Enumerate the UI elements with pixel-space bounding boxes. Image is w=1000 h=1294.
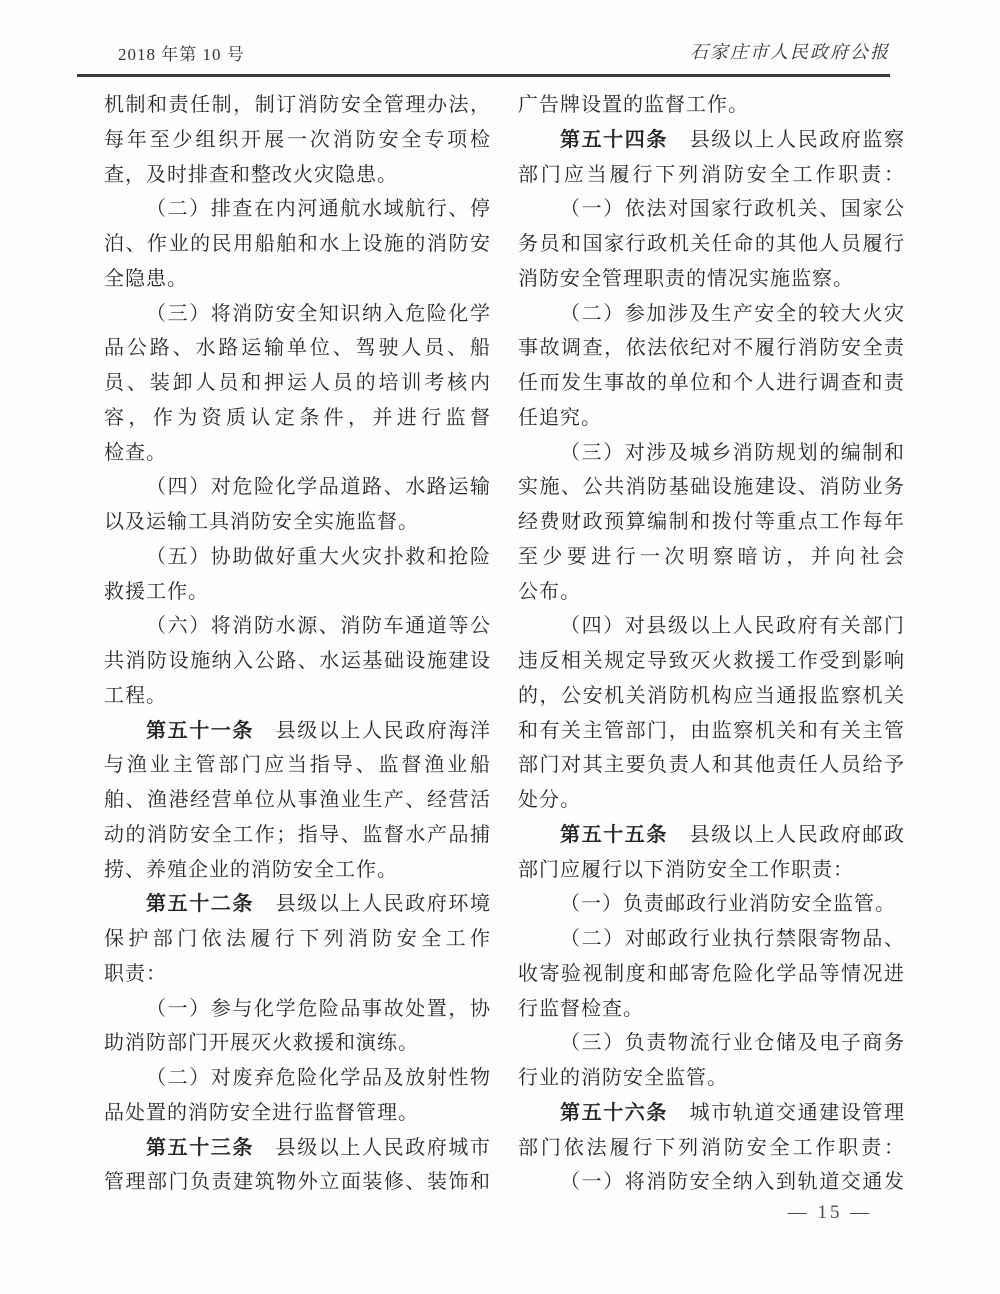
text-line: 每年至少组织开展一次消防安全专项检 bbox=[104, 123, 491, 158]
article-heading-line: 第五十六条 城市轨道交通建设管理 bbox=[518, 1096, 905, 1131]
header-rule bbox=[77, 74, 890, 77]
text-line: （二）对邮政行业执行禁限寄物品、 bbox=[518, 922, 905, 957]
text-line: 检查。 bbox=[104, 436, 491, 471]
text-column-right: 广告牌设置的监督工作。第五十四条 县级以上人民政府监察部门应当履行下列消防安全工… bbox=[518, 88, 905, 1200]
text-line: （一）负责邮政行业消防安全监管。 bbox=[518, 887, 905, 922]
text-line: （一）将消防安全纳入到轨道交通发 bbox=[518, 1165, 905, 1200]
text-line: 违反相关规定导致灭火救援工作受到影响 bbox=[518, 644, 905, 679]
text-line: 部门应履行以下消防安全工作职责： bbox=[518, 853, 905, 888]
text-line: （二）排查在内河通航水域航行、停 bbox=[104, 192, 491, 227]
text-line: （三）负责物流行业仓储及电子商务 bbox=[518, 1026, 905, 1061]
text-line: 品公路、水路运输单位、驾驶人员、船 bbox=[104, 331, 491, 366]
text-line: 机制和责任制，制订消防安全管理办法， bbox=[104, 88, 491, 123]
text-line: 品处置的消防安全进行监督管理。 bbox=[104, 1096, 491, 1131]
text-line: 任而发生事故的单位和个人进行调查和责 bbox=[518, 366, 905, 401]
text-line: （三）将消防安全知识纳入危险化学 bbox=[104, 297, 491, 332]
text-line: 查，及时排查和整改火灾隐患。 bbox=[104, 158, 491, 193]
text-line: 务员和国家行政机关任命的其他人员履行 bbox=[518, 227, 905, 262]
text-line: 全隐患。 bbox=[104, 262, 491, 297]
text-line: 行监督检查。 bbox=[518, 992, 905, 1027]
text-line: 处分。 bbox=[518, 783, 905, 818]
article-heading-line: 第五十三条 县级以上人民政府城市 bbox=[104, 1131, 491, 1166]
text-line: 助消防部门开展灭火救援和演练。 bbox=[104, 1026, 491, 1061]
text-line: 保护部门依法履行下列消防安全工作 bbox=[104, 922, 491, 957]
text-line: （四）对县级以上人民政府有关部门 bbox=[518, 609, 905, 644]
text-line: 经费财政预算编制和拨付等重点工作每年 bbox=[518, 505, 905, 540]
text-line: （一）依法对国家行政机关、国家公 bbox=[518, 192, 905, 227]
article-number: 第五十一条 bbox=[146, 720, 254, 742]
text-line: 舶、渔港经营单位从事渔业生产、经营活 bbox=[104, 783, 491, 818]
gazette-page: 2018 年第 10 号 石家庄市人民政府公报 机制和责任制，制订消防安全管理办… bbox=[0, 0, 1000, 1294]
text-line: 捞、养殖企业的消防安全工作。 bbox=[104, 853, 491, 888]
text-line: 管理部门负责建筑物外立面装修、装饰和 bbox=[104, 1165, 491, 1200]
text-line: 事故调查，依法依纪对不履行消防安全责 bbox=[518, 331, 905, 366]
text-line: 职责： bbox=[104, 957, 491, 992]
text-line: 容，作为资质认定条件，并进行监督 bbox=[104, 401, 491, 436]
text-line: 的，公安机关消防机构应当通报监察机关 bbox=[518, 679, 905, 714]
text-line: 以及运输工具消防安全实施监督。 bbox=[104, 505, 491, 540]
text-line: （四）对危险化学品道路、水路运输 bbox=[104, 470, 491, 505]
article-number: 第五十三条 bbox=[146, 1137, 254, 1159]
text-line: （二）对废弃危险化学品及放射性物 bbox=[104, 1061, 491, 1096]
text-line: 泊、作业的民用船舶和水上设施的消防安 bbox=[104, 227, 491, 262]
text-line: 与渔业主管部门应当指导、监督渔业船 bbox=[104, 748, 491, 783]
article-number: 第五十四条 bbox=[560, 129, 668, 151]
text-line: （三）对涉及城乡消防规划的编制和 bbox=[518, 436, 905, 471]
text-line: 工程。 bbox=[104, 679, 491, 714]
text-line: 和有关主管部门，由监察机关和有关主管 bbox=[518, 714, 905, 749]
text-column-left: 机制和责任制，制订消防安全管理办法，每年至少组织开展一次消防安全专项检查，及时排… bbox=[104, 88, 491, 1200]
text-line: 广告牌设置的监督工作。 bbox=[518, 88, 905, 123]
text-line: 员、装卸人员和押运人员的培训考核内 bbox=[104, 366, 491, 401]
text-line: （二）参加涉及生产安全的较大火灾 bbox=[518, 297, 905, 332]
text-line: 部门依法履行下列消防安全工作职责： bbox=[518, 1131, 905, 1166]
text-line: 动的消防安全工作；指导、监督水产品捕 bbox=[104, 818, 491, 853]
article-heading-line: 第五十五条 县级以上人民政府邮政 bbox=[518, 818, 905, 853]
text-line: 收寄验视制度和邮寄危险化学品等情况进 bbox=[518, 957, 905, 992]
text-line: 共消防设施纳入公路、水运基础设施建设 bbox=[104, 644, 491, 679]
text-line: 至少要进行一次明察暗访，并向社会 bbox=[518, 540, 905, 575]
article-heading-line: 第五十二条 县级以上人民政府环境 bbox=[104, 887, 491, 922]
header-issue-number: 2018 年第 10 号 bbox=[118, 40, 245, 65]
article-heading-line: 第五十一条 县级以上人民政府海洋 bbox=[104, 714, 491, 749]
article-heading-line: 第五十四条 县级以上人民政府监察 bbox=[518, 123, 905, 158]
text-line: 部门对其主要负责人和其他责任人员给予 bbox=[518, 748, 905, 783]
text-line: （一）参与化学危险品事故处置，协 bbox=[104, 992, 491, 1027]
text-line: 实施、公共消防基础设施建设、消防业务 bbox=[518, 470, 905, 505]
text-line: 任追究。 bbox=[518, 401, 905, 436]
article-number: 第五十五条 bbox=[560, 824, 668, 846]
page-number: — 15 — bbox=[775, 1202, 885, 1224]
text-line: （五）协助做好重大火灾扑救和抢险 bbox=[104, 540, 491, 575]
article-number: 第五十六条 bbox=[560, 1102, 668, 1124]
article-number: 第五十二条 bbox=[146, 893, 254, 915]
text-line: 公布。 bbox=[518, 575, 905, 610]
text-line: 部门应当履行下列消防安全工作职责： bbox=[518, 158, 905, 193]
text-line: 消防安全管理职责的情况实施监察。 bbox=[518, 262, 905, 297]
text-line: （六）将消防水源、消防车通道等公 bbox=[104, 609, 491, 644]
text-line: 救援工作。 bbox=[104, 575, 491, 610]
text-line: 行业的消防安全监管。 bbox=[518, 1061, 905, 1096]
header-publication-title: 石家庄市人民政府公报 bbox=[690, 38, 890, 64]
